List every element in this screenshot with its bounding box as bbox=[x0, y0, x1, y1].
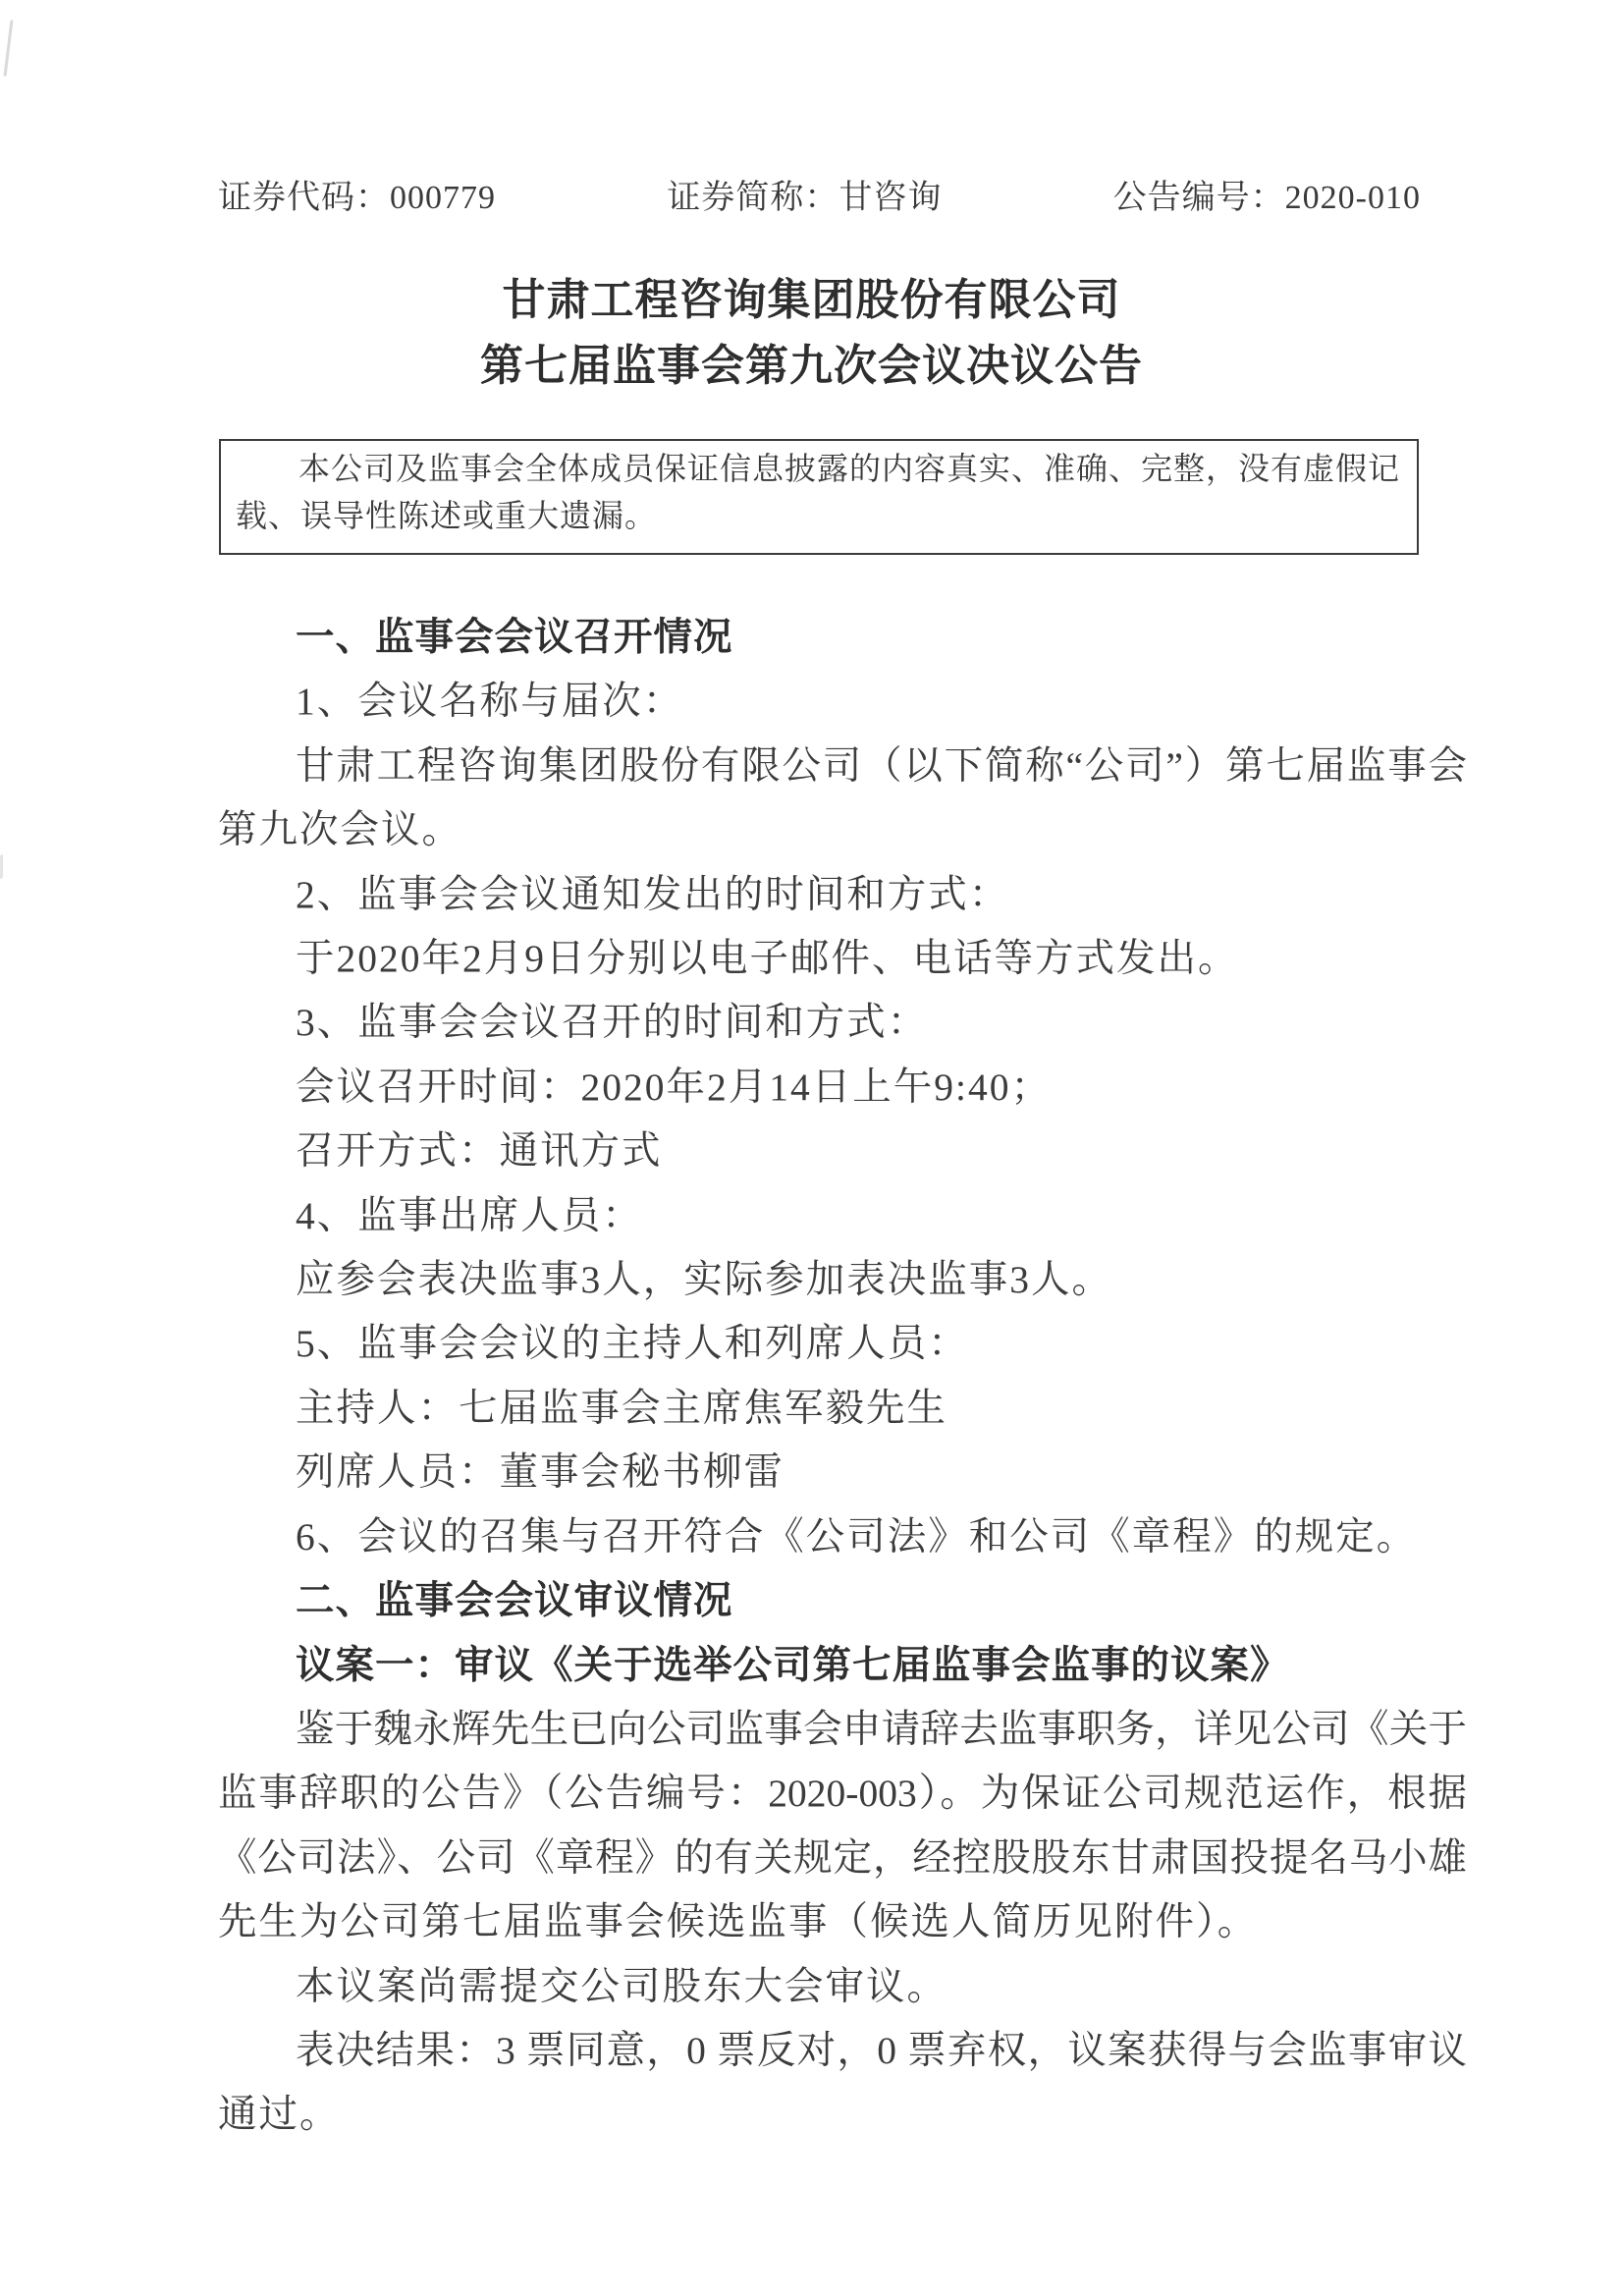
body-line: 议案一：审议《关于选举公司第七届监事会监事的议案》 bbox=[218, 1634, 1467, 1698]
body-line: 先生为公司第七届监事会候选监事（候选人简历见附件）。 bbox=[218, 1890, 1467, 1954]
body-line: 二、监事会会议审议情况 bbox=[218, 1569, 1467, 1633]
document-page: 证券代码：000779 证券简称：甘咨询 公告编号：2020-010 甘肃工程咨… bbox=[0, 0, 1623, 2296]
disclaimer-line: 本公司及监事会全体成员保证信息披露的内容真实、准确、完整，没有虚假记 bbox=[236, 445, 1399, 492]
disclaimer-box: 本公司及监事会全体成员保证信息披露的内容真实、准确、完整，没有虚假记载、误导性陈… bbox=[219, 439, 1419, 555]
body-line: 表决结果：3 票同意，0 票反对，0 票弃权，议案获得与会监事审议 bbox=[218, 2019, 1467, 2083]
document-title-line-2: 第七届监事会第九次会议决议公告 bbox=[0, 333, 1623, 399]
body-line: 于2020年2月9日分别以电子邮件、电话等方式发出。 bbox=[218, 927, 1467, 991]
body-line: 监事辞职的公告》（公告编号：2020-003）。为保证公司规范运作，根据 bbox=[218, 1762, 1467, 1826]
body-line: 鉴于魏永辉先生已向公司监事会申请辞去监事职务，详见公司《关于 bbox=[218, 1698, 1467, 1762]
body-line: 本议案尚需提交公司股东大会审议。 bbox=[218, 1955, 1467, 2019]
disclaimer-line: 载、误导性陈述或重大遗漏。 bbox=[236, 492, 1399, 539]
document-body: 一、监事会会议召开情况1、会议名称与届次：甘肃工程咨询集团股份有限公司（以下简称… bbox=[218, 606, 1467, 2148]
body-line: 1、会议名称与届次： bbox=[218, 670, 1467, 734]
document-title-line-1: 甘肃工程咨询集团股份有限公司 bbox=[0, 267, 1623, 333]
document-title: 甘肃工程咨询集团股份有限公司 第七届监事会第九次会议决议公告 bbox=[0, 267, 1623, 399]
scan-artifact-mark bbox=[0, 849, 12, 879]
stock-abbreviation: 证券简称：甘咨询 bbox=[667, 179, 942, 218]
body-line: 4、监事出席人员： bbox=[218, 1184, 1467, 1248]
body-line: 召开方式：通讯方式 bbox=[218, 1120, 1467, 1183]
stock-code: 证券代码：000779 bbox=[218, 179, 496, 218]
body-line: 3、监事会会议召开的时间和方式： bbox=[218, 991, 1467, 1055]
body-line: 第九次会议。 bbox=[218, 798, 1467, 862]
body-line: 主持人：七届监事会主席焦军毅先生 bbox=[218, 1377, 1467, 1441]
scan-artifact-mark bbox=[3, 20, 13, 77]
body-line: 甘肃工程咨询集团股份有限公司（以下简称“公司”）第七届监事会 bbox=[218, 735, 1467, 798]
body-line: 应参会表决监事3人，实际参加表决监事3人。 bbox=[218, 1248, 1467, 1312]
body-line: 通过。 bbox=[218, 2083, 1467, 2147]
document-meta-row: 证券代码：000779 证券简称：甘咨询 公告编号：2020-010 bbox=[218, 179, 1421, 218]
body-line: 列席人员：董事会秘书柳雷 bbox=[218, 1441, 1467, 1504]
announcement-number: 公告编号：2020-010 bbox=[1113, 179, 1421, 218]
body-line: 会议召开时间：2020年2月14日上午9:40； bbox=[218, 1056, 1467, 1120]
body-line: 一、监事会会议召开情况 bbox=[218, 606, 1467, 670]
body-line: 5、监事会会议的主持人和列席人员： bbox=[218, 1312, 1467, 1376]
body-line: 6、会议的召集与召开符合《公司法》和公司《章程》的规定。 bbox=[218, 1505, 1467, 1569]
body-line: 《公司法》、公司《章程》的有关规定，经控股股东甘肃国投提名马小雄 bbox=[218, 1827, 1467, 1890]
body-line: 2、监事会会议通知发出的时间和方式： bbox=[218, 863, 1467, 927]
